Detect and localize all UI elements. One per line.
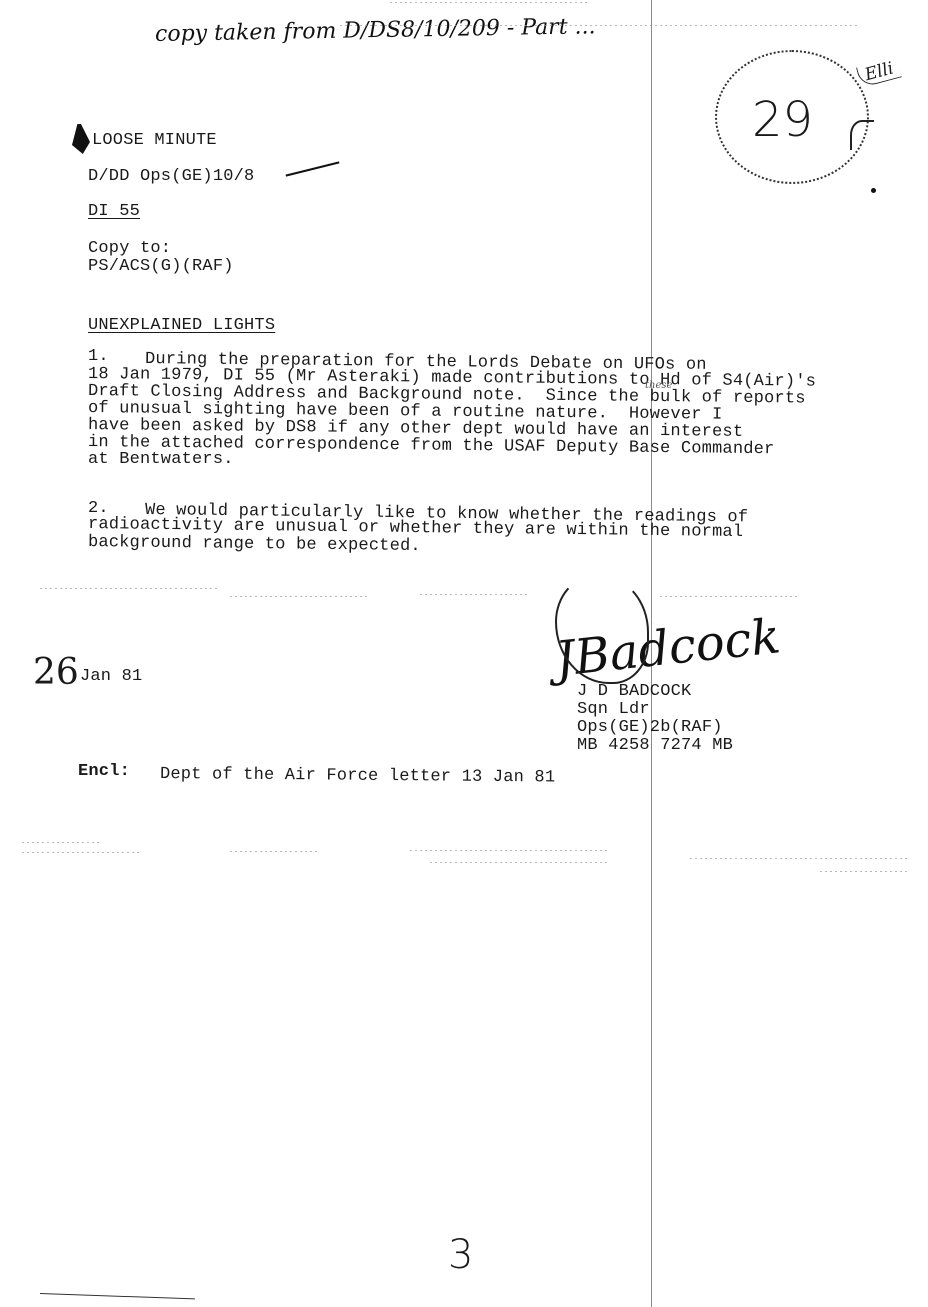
signatory-unit: Ops(GE)2b(RAF): [577, 719, 723, 736]
scan-noise: [22, 842, 102, 843]
scan-noise: [410, 850, 610, 851]
folio-stamp-annotation: Elli: [856, 57, 902, 88]
copy-to-recipient: PS/ACS(G)(RAF): [88, 258, 234, 275]
stamp-bracket-mark: [850, 120, 874, 150]
folio-stamp-number: 29: [752, 92, 813, 148]
document-type: LOOSE MINUTE: [92, 132, 217, 149]
addressee: DI 55: [88, 203, 140, 220]
margin-tick-mark: [72, 124, 90, 154]
scan-noise: [230, 596, 370, 597]
enclosure-label: Encl:: [78, 763, 130, 780]
page-number: 3: [448, 1232, 473, 1278]
signatory-phone: MB 4258 7274 MB: [577, 737, 733, 754]
signatory-rank: Sqn Ldr: [577, 701, 650, 718]
subject-heading: UNEXPLAINED LIGHTS: [88, 317, 275, 334]
bottom-edge-mark: [40, 1293, 195, 1299]
scan-noise: [22, 852, 142, 853]
paragraph-line: background range to be expected.: [88, 534, 421, 555]
typed-date: Jan 81: [80, 668, 142, 685]
reference-number: D/DD Ops(GE)10/8: [88, 168, 254, 185]
copy-to-label: Copy to:: [88, 240, 171, 257]
handwritten-top-note: copy taken from D/DS8/10/209 - Part ...: [155, 14, 603, 47]
signatory-name: J D BADCOCK: [577, 683, 691, 700]
scan-noise: [40, 588, 220, 589]
scan-noise: [430, 862, 610, 863]
scan-noise: [390, 2, 590, 3]
insertion-annotation: these: [645, 380, 672, 391]
scan-noise: [230, 851, 320, 852]
scan-noise: [820, 871, 910, 872]
scan-noise: [340, 25, 860, 26]
handwritten-date-day: 26: [33, 652, 79, 693]
scan-noise: [660, 596, 800, 597]
scan-noise: [690, 858, 910, 859]
ink-dot: [871, 188, 876, 193]
enclosure-text: Dept of the Air Force letter 13 Jan 81: [160, 766, 555, 786]
paragraph-number: 1.: [88, 348, 109, 365]
paragraph-line: at Bentwaters.: [88, 451, 234, 468]
scan-noise: [420, 594, 530, 595]
handwritten-tick: [286, 161, 340, 176]
